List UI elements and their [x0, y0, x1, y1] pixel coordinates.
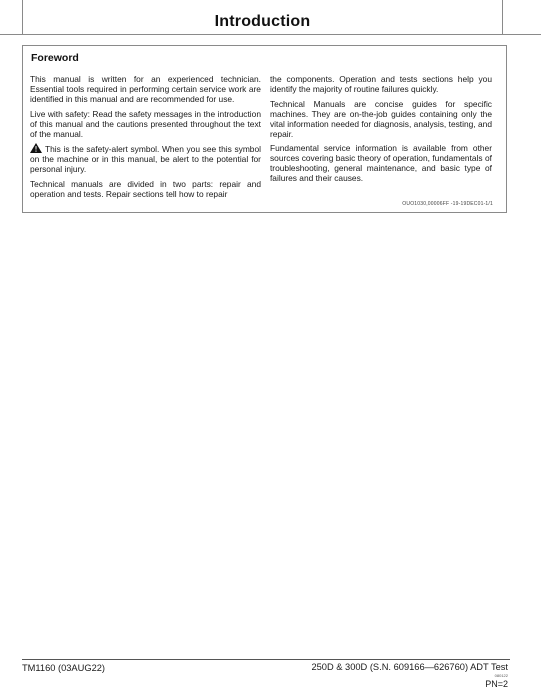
foreword-columns: This manual is written for an experience… — [30, 74, 492, 199]
paragraph-components-continued: the components. Operation and tests sect… — [270, 74, 492, 94]
footer-rule — [22, 659, 510, 660]
paragraph-safety-alert: This is the safety-alert symbol. When yo… — [30, 143, 261, 174]
paragraph-live-with-safety: Live with safety: Read the safety messag… — [30, 109, 261, 139]
page-title: Introduction — [215, 13, 311, 31]
page-header: Introduction — [0, 0, 541, 35]
paragraph-concise-guides: Technical Manuals are concise guides for… — [270, 99, 492, 139]
foreword-column-left: This manual is written for an experience… — [30, 74, 261, 199]
paragraph-safety-alert-text: This is the safety-alert symbol. When yo… — [30, 144, 261, 174]
manual-number: TM1160 (03AUG22) — [22, 662, 105, 673]
model-serial-text: 250D & 300D (S.N. 609166—626760) ADT Tes… — [311, 662, 508, 673]
footer-row: TM1160 (03AUG22) 250D & 300D (S.N. 60916… — [22, 662, 508, 689]
paragraph-manual-two-parts: Technical manuals are divided in two par… — [30, 179, 261, 199]
foreword-heading: Foreword — [31, 52, 492, 64]
paragraph-fundamental-service: Fundamental service information is avail… — [270, 143, 492, 183]
page-number: PN=2 — [485, 679, 508, 689]
print-code: 080122 — [495, 674, 508, 678]
manual-page: Introduction Foreword This manual is wri… — [0, 0, 541, 700]
title-box: Introduction — [22, 0, 503, 34]
foreword-column-right: the components. Operation and tests sect… — [270, 74, 492, 199]
document-code: OUO1030,00006FF -19-19DEC01-1/1 — [402, 201, 493, 207]
foreword-section: Foreword This manual is written for an e… — [22, 45, 507, 213]
safety-alert-icon — [30, 144, 45, 154]
footer-right-block: 250D & 300D (S.N. 609166—626760) ADT Tes… — [311, 662, 508, 689]
paragraph-experienced-technician: This manual is written for an experience… — [30, 74, 261, 104]
